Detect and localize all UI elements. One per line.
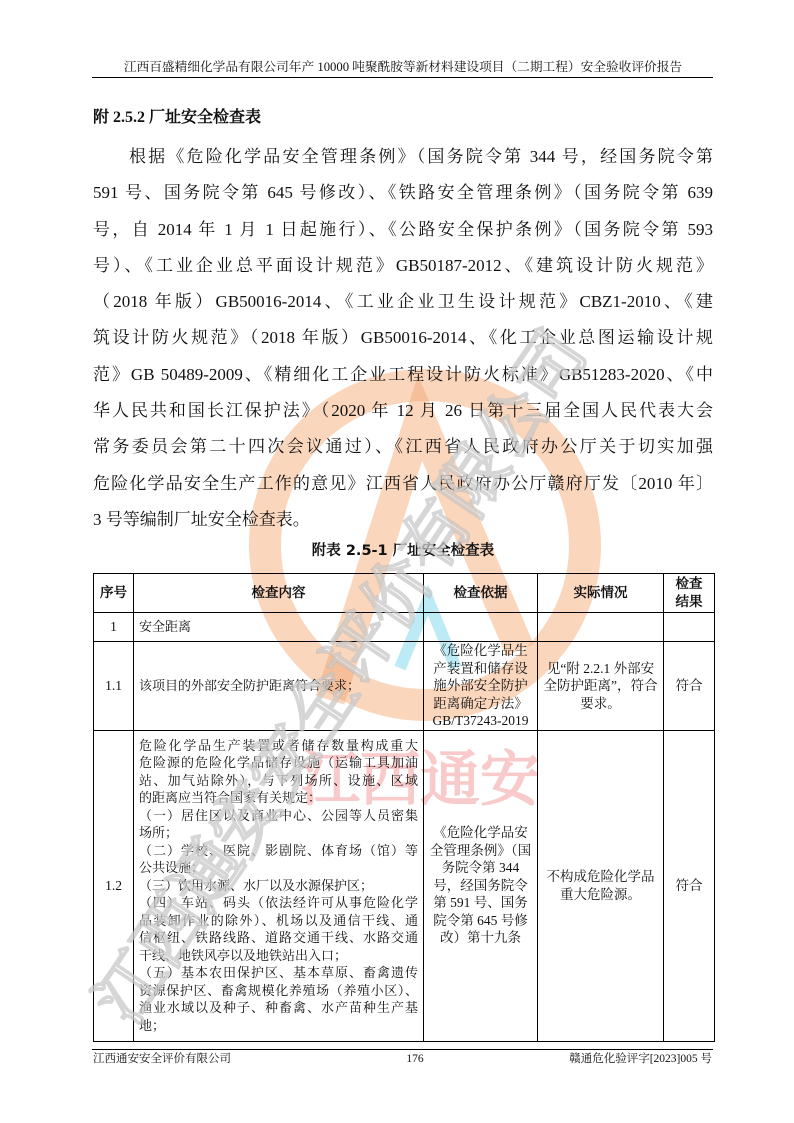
header-result: 检查结果 xyxy=(664,574,715,613)
text-line: （三）饮用水源、水厂以及水源保护区； xyxy=(139,877,418,895)
text-line: 号）、《工业企业总平面设计规范》GB50187-2012、《建筑设计防火规范》 xyxy=(93,248,713,284)
text-line: 常务委员会第二十四次会议通过）、《江西省人民政府办公厅关于切实加强 xyxy=(93,429,713,465)
text-line: 危险化学品生产装置或者储存数量构成重大 xyxy=(139,737,418,755)
body-paragraph: 根据《危险化学品安全管理条例》（国务院令第 344 号，经国务院令第591 号、… xyxy=(93,139,713,538)
header-no: 序号 xyxy=(94,574,134,613)
text-line: （一）居住区以及商业中心、公园等人员密集 xyxy=(139,807,418,825)
table-caption: 附表 2.5-1 厂址安全检查表 xyxy=(93,541,713,561)
header-content: 检查内容 xyxy=(134,574,424,613)
row-no: 1.2 xyxy=(94,730,134,1041)
table-header-row: 序号 检查内容 检查依据 实际情况 检查结果 xyxy=(94,574,715,613)
row-content: 危险化学品生产装置或者储存数量构成重大危险源的危险化学品储存设施（运输工具加油站… xyxy=(134,730,424,1041)
text-line: 改）第十九条 xyxy=(429,929,532,947)
text-line: 号，经国务院令 xyxy=(429,877,532,895)
page-number: 176 xyxy=(393,1051,437,1067)
row-no: 1.1 xyxy=(94,642,134,731)
text-line: （五）基本农田保护区、基本草原、畜禽遗传 xyxy=(139,964,418,982)
text-line: 场所； xyxy=(139,824,418,842)
footer-document-number: 赣通危化验评字[2023]005 号 xyxy=(569,1051,712,1067)
text-line: 该项目的外部安全防护距离符合要求； xyxy=(139,677,418,695)
header-actual: 实际情况 xyxy=(538,574,664,613)
text-line: 不构成危险化学品 xyxy=(543,868,658,886)
text-line: 《危险化学品安 xyxy=(429,824,532,842)
text-line: 《危险化学品生 xyxy=(429,642,532,660)
table-row: 1.2 危险化学品生产装置或者储存数量构成重大危险源的危险化学品储存设施（运输工… xyxy=(94,730,715,1041)
text-line: 渔业水域以及种子、种畜禽、水产苗种生产基 xyxy=(139,999,418,1017)
text-line: 重大危险源。 xyxy=(543,886,658,904)
site-safety-check-table: 序号 检查内容 检查依据 实际情况 检查结果 1 安全距离 1.1 该项目的外部… xyxy=(93,573,715,1042)
text-line: 院令第 645 号修 xyxy=(429,912,532,930)
text-line: （二）学校、医院、影剧院、体育场（馆）等 xyxy=(139,842,418,860)
text-line: 范》GB 50489-2009、《精细化工企业工程设计防火标准》GB51283-… xyxy=(93,357,713,393)
text-line: 591 号、国务院令第 645 号修改）、《铁路安全管理条例》（国务院令第 63… xyxy=(93,175,713,211)
text-line: 筑设计防火规范》（2018 年版）GB50016-2014、《化工企业总图运输设… xyxy=(93,320,713,356)
text-line: 务院令第 344 xyxy=(429,859,532,877)
row-result xyxy=(664,613,715,642)
text-line: 要求。 xyxy=(543,695,658,713)
row-actual xyxy=(538,613,664,642)
text-line: 根据《危险化学品安全管理条例》（国务院令第 344 号，经国务院令第 xyxy=(93,139,713,175)
text-line: 危险化学品安全生产工作的意见》江西省人民政府办公厅赣府厅发〔2010 年〕 xyxy=(93,466,713,502)
text-line: （四）车站、码头（依法经许可从事危险化学 xyxy=(139,894,418,912)
text-line: 全防护距离”，符合 xyxy=(543,677,658,695)
row-basis: 《危险化学品生产装置和储存设施外部安全防护距离确定方法》GB/T37243-20… xyxy=(424,642,538,731)
text-line: 号，自 2014 年 1 月 1 日起施行）、《公路安全保护条例》（国务院令第 … xyxy=(93,212,713,248)
footer-divider xyxy=(92,1049,713,1050)
document-page: 江西通安 江西百盛精细化学品有限公司年产 10000 吨聚酰胺等新材料建设项目（… xyxy=(0,0,794,1123)
table-row: 1 安全距离 xyxy=(94,613,715,642)
text-line: 施外部安全防护 xyxy=(429,677,532,695)
row-basis xyxy=(424,613,538,642)
row-result: 符合 xyxy=(664,730,715,1041)
text-line: （2018 年版）GB50016-2014、《工业企业卫生设计规范》CBZ1-2… xyxy=(93,284,713,320)
header-basis: 检查依据 xyxy=(424,574,538,613)
text-line: 第 591 号、国务 xyxy=(429,894,532,912)
text-line: 品装卸作业的除外）、机场以及通信干线、通 xyxy=(139,912,418,930)
text-line: 见“附 2.2.1 外部安 xyxy=(543,660,658,678)
footer-company: 江西通安安全评价有限公司 xyxy=(93,1051,231,1067)
text-line: 地； xyxy=(139,1017,418,1035)
text-line: 3 号等编制厂址安全检查表。 xyxy=(93,502,713,538)
text-line: 信枢纽、铁路线路、道路交通干线、水路交通 xyxy=(139,929,418,947)
text-line: 距离确定方法》 xyxy=(429,695,532,713)
text-line: 安全距离 xyxy=(139,618,418,636)
text-line: 危险源的危险化学品储存设施（运输工具加油 xyxy=(139,754,418,772)
text-line: 干线、地铁风亭以及地铁站出入口； xyxy=(139,947,418,965)
row-content: 安全距离 xyxy=(134,613,424,642)
row-result: 符合 xyxy=(664,642,715,731)
row-basis: 《危险化学品安全管理条例》（国务院令第 344号，经国务院令第 591 号、国务… xyxy=(424,730,538,1041)
text-line: 资源保护区、畜禽规模化养殖场（养殖小区）、 xyxy=(139,982,418,1000)
text-line: 的距离应当符合国家有关规定： xyxy=(139,789,418,807)
text-line: 产装置和储存设 xyxy=(429,660,532,678)
row-actual: 不构成危险化学品重大危险源。 xyxy=(538,730,664,1041)
section-heading: 附 2.5.2 厂址安全检查表 xyxy=(93,107,261,129)
text-line: GB/T37243-2019 xyxy=(429,712,532,730)
row-no: 1 xyxy=(94,613,134,642)
text-line: 全管理条例》（国 xyxy=(429,842,532,860)
header-divider xyxy=(92,77,713,78)
text-line: 华人民共和国长江保护法》（2020 年 12 月 26 日第十三届全国人民代表大… xyxy=(93,393,713,429)
row-content: 该项目的外部安全防护距离符合要求； xyxy=(134,642,424,731)
text-line: 检查 xyxy=(669,575,709,593)
text-line: 结果 xyxy=(669,593,709,611)
running-header-title: 江西百盛精细化学品有限公司年产 10000 吨聚酰胺等新材料建设项目（二期工程）… xyxy=(93,58,713,76)
table-row: 1.1 该项目的外部安全防护距离符合要求； 《危险化学品生产装置和储存设施外部安… xyxy=(94,642,715,731)
text-line: 公共设施； xyxy=(139,859,418,877)
text-line: 站、加气站除外），与下列场所、设施、区域 xyxy=(139,772,418,790)
row-actual: 见“附 2.2.1 外部安全防护距离”，符合要求。 xyxy=(538,642,664,731)
